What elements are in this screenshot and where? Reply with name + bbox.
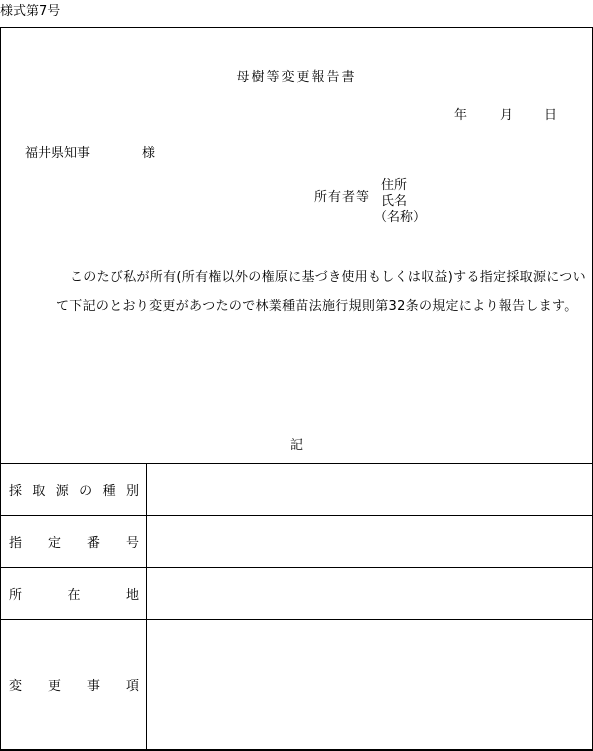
row-label-source-type: 採 取 源 の 種 別: [1, 464, 147, 516]
date-day-label: 日: [544, 104, 557, 123]
source-type-value-field[interactable]: [147, 464, 593, 516]
table-row: 採 取 源 の 種 別: [1, 464, 593, 516]
date-year-label: 年: [454, 104, 467, 123]
location-value-field[interactable]: [147, 568, 593, 620]
table-row: 所 在 地: [1, 568, 593, 620]
change-details-value-field[interactable]: [147, 620, 593, 750]
addressee-honorific: 様: [142, 142, 155, 161]
ki-heading: 記: [0, 434, 593, 453]
owner-address-label: 住所: [374, 178, 426, 194]
table-row: 指 定 番 号: [1, 516, 593, 568]
addressee-name: 福井県知事: [25, 146, 90, 161]
table-row: 変 更 事 項: [1, 620, 593, 750]
designation-number-value-field[interactable]: [147, 516, 593, 568]
row-label-change-details: 変 更 事 項: [1, 620, 147, 750]
date-month-label: 月: [500, 104, 513, 123]
owner-org-name-label: （名称）: [374, 210, 426, 226]
row-label-designation-number: 指 定 番 号: [1, 516, 147, 568]
date-line: 年月日: [454, 104, 557, 123]
addressee: 福井県知事様: [25, 142, 155, 161]
owner-label: 所有者等: [314, 186, 370, 205]
report-body: このたび私が所有(所有権以外の権原に基づき使用もしくは収益)する指定採取源につい…: [56, 263, 592, 321]
report-body-text: このたび私が所有(所有権以外の権原に基づき使用もしくは収益)する指定採取源につい…: [56, 270, 586, 314]
owner-fields: 住所 氏名 （名称）: [374, 178, 426, 226]
owner-name-label: 氏名: [374, 194, 426, 210]
row-label-location: 所 在 地: [1, 568, 147, 620]
document-title: 母樹等変更報告書: [0, 66, 593, 85]
details-table: 採 取 源 の 種 別 指 定 番 号 所 在 地: [0, 463, 593, 750]
form-number: 様式第7号: [0, 0, 60, 19]
